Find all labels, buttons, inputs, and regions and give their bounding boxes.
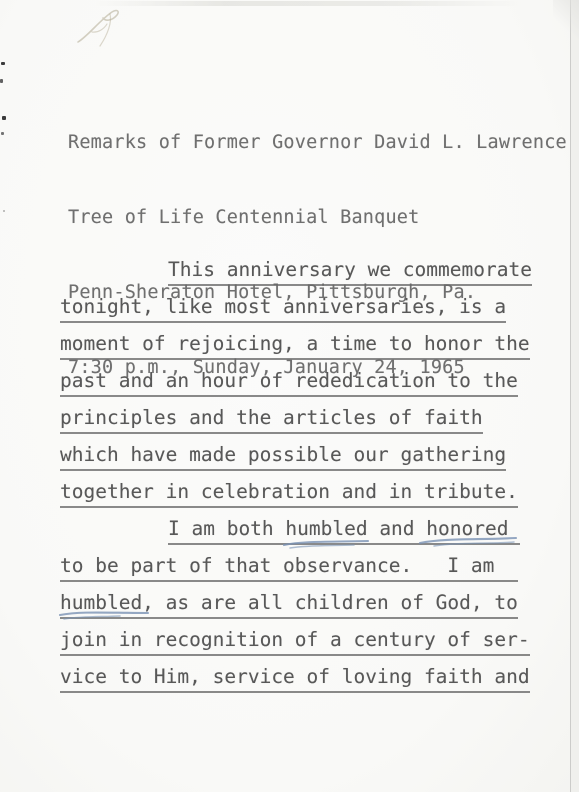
underlined-text: vice to Him, service of loving faith and (60, 666, 530, 693)
scan-speck (0, 79, 3, 83)
scan-speck (3, 210, 5, 212)
title-line-speaker: Remarks of Former Governor David L. Lawr… (68, 130, 567, 155)
underlined-text: which have made possible our gathering (60, 444, 506, 471)
body-line: to be part of that observance. I am (60, 554, 532, 591)
underlined-text: This anniversary we commemorate (168, 259, 532, 286)
body-line: tonight, like most anniversaries, is a (60, 295, 532, 332)
underlined-text: principles and the articles of faith (60, 407, 483, 434)
blue-pencil-mark (56, 608, 152, 624)
scan-speck (1, 62, 5, 65)
document-body: This anniversary we commemorate tonight,… (60, 258, 532, 702)
scan-smudge (95, 1, 525, 6)
paper-corner-shading (553, 0, 579, 40)
underlined-text: tonight, like most anniversaries, is a (60, 296, 506, 323)
body-line: which have made possible our gathering (60, 443, 532, 480)
body-line: past and an hour of rededication to the (60, 369, 532, 406)
underlined-text: past and an hour of rededication to the (60, 370, 518, 397)
paper-edge (570, 0, 579, 792)
body-line: join in recognition of a century of ser- (60, 628, 532, 665)
scan-speck (2, 116, 6, 120)
scan-speck (1, 132, 4, 135)
handwritten-pencil-mark (70, 2, 140, 57)
underlined-text: to be part of that observance. I am (60, 555, 518, 582)
blue-pencil-mark (280, 537, 372, 551)
scanned-document-page: Remarks of Former Governor David L. Lawr… (0, 0, 579, 792)
body-line: principles and the articles of faith (60, 406, 532, 443)
underlined-text: join in recognition of a century of ser- (60, 629, 530, 656)
underlined-text: moment of rejoicing, a time to honor the (60, 333, 530, 360)
blue-pencil-mark (416, 534, 520, 550)
body-line: This anniversary we commemorate (168, 258, 532, 295)
title-line-event: Tree of Life Centennial Banquet (68, 205, 567, 230)
underlined-text: together in celebration and in tribute. (60, 481, 518, 508)
body-line: vice to Him, service of loving faith and (60, 665, 532, 702)
body-line: together in celebration and in tribute. (60, 480, 532, 517)
body-line: moment of rejoicing, a time to honor the (60, 332, 532, 369)
